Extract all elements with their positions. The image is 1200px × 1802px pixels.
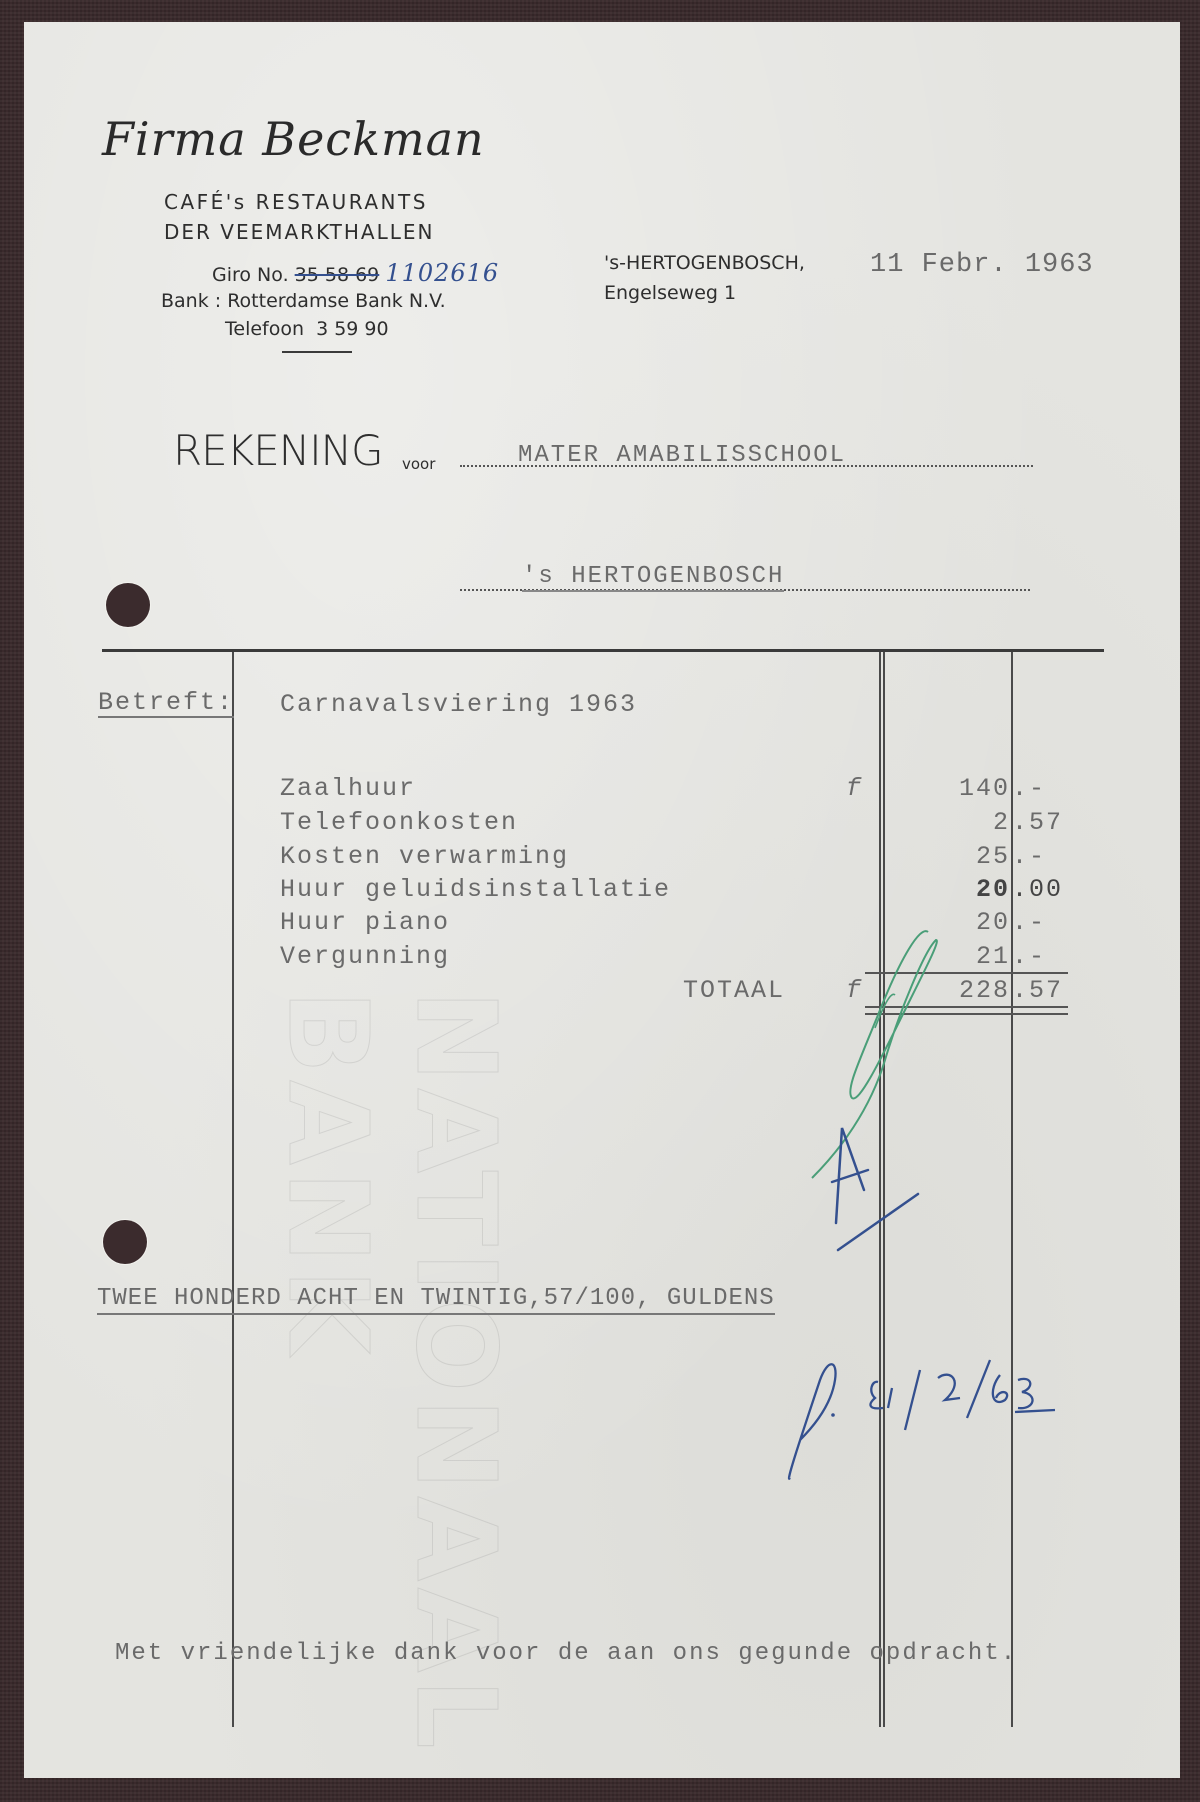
letterhead-line-1: CAFÉ's RESTAURANTS [164, 190, 428, 214]
company-name: Firma Beckman [102, 112, 485, 166]
subject-text: Carnavalsviering 1963 [280, 690, 637, 719]
item-description: Zaalhuur [280, 774, 416, 803]
item-amount-whole: 25 [900, 842, 1010, 871]
letterhead-line-2: DER VEEMARKTHALLEN [164, 220, 434, 244]
letterhead-divider [282, 351, 352, 353]
giro-old-number: 35 58 69 [295, 264, 380, 286]
item-amount-cents: .57 [1012, 808, 1063, 837]
invoice-title: REKENING [173, 426, 383, 475]
giro-new-number: 1102616 [385, 259, 499, 287]
item-description: Telefoonkosten [280, 808, 518, 837]
item-amount-cents: .00 [1012, 875, 1063, 904]
item-amount-whole: 2 [900, 808, 1010, 837]
giro-row: Giro No. 35 58 69 1102616 [212, 259, 499, 287]
phone-label: Telefoon [225, 318, 304, 340]
street-address: Engelseweg 1 [604, 282, 736, 304]
total-amount-cents: .57 [1012, 976, 1063, 1005]
column-line-left [232, 652, 234, 1727]
phone-row: Telefoon 3 59 90 [225, 318, 389, 340]
punch-hole-top [106, 583, 150, 627]
recipient-name: MATER AMABILISSCHOOL [518, 442, 846, 469]
recipient-city: 's HERTOGENBOSCH [522, 564, 784, 592]
item-description: Huur piano [280, 908, 450, 937]
punch-hole-bottom [103, 1220, 147, 1264]
item-description: Kosten verwarming [280, 842, 569, 871]
item-currency: f [846, 774, 863, 803]
subject-label: Betreft: [98, 690, 234, 718]
amount-in-words: TWEE HONDERD ACHT EN TWINTIG,57/100, GUL… [97, 1285, 775, 1315]
initial-a-mark-icon [820, 1120, 930, 1260]
for-label: voor [402, 455, 435, 473]
item-amount-whole: 140 [900, 774, 1010, 803]
total-label: TOTAAL [683, 976, 785, 1005]
item-amount-cents: .- [1012, 842, 1046, 871]
closing-thank-you: Met vriendelijke dank voor de aan ons ge… [115, 1640, 1017, 1667]
item-amount-whole: 20 [900, 875, 1010, 904]
handwritten-paid-note-icon [760, 1320, 1090, 1520]
invoice-date: 11 Febr. 1963 [870, 250, 1094, 280]
table-top-rule [102, 649, 1104, 652]
item-description: Huur geluidsinstallatie [280, 875, 671, 904]
item-amount-cents: .- [1012, 908, 1046, 937]
item-amount-cents: .- [1012, 942, 1046, 971]
item-description: Vergunning [280, 942, 450, 971]
item-amount-cents: .- [1012, 774, 1046, 803]
bank-info: Bank : Rotterdamse Bank N.V. [161, 290, 446, 312]
phone-number: 3 59 90 [316, 318, 389, 340]
city: 's-HERTOGENBOSCH, [604, 252, 805, 274]
giro-label: Giro No. [212, 264, 289, 286]
